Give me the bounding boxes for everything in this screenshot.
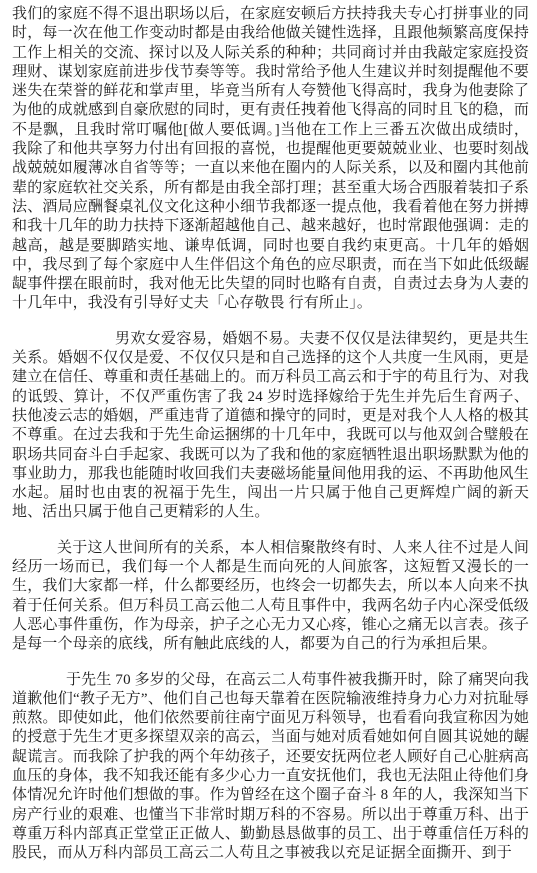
paragraph-4: 于先生 70 多岁的父母，在高云二人苟事件被我撕开时，除了痛哭向我道歉他们“教子… (12, 671, 529, 864)
paragraph-3: 关于这人世间所有的关系，本人相信聚散终有时、人来人往不过是人间经历一场而已，我们… (12, 539, 529, 655)
document-page: 我们的家庭不得不退出职场以后，在家庭安顿后方扶持我夫专心打拼事业的同时，每一次在… (0, 0, 537, 873)
paragraph-2: 男欢女爱容易，婚姻不易。夫妻不仅仅是法律契约，更是共生关系。婚姻不仅仅是爱、不仅… (12, 330, 529, 523)
paragraph-1: 我们的家庭不得不退出职场以后，在家庭安顿后方扶持我夫专心打拼事业的同时，每一次在… (12, 5, 529, 314)
